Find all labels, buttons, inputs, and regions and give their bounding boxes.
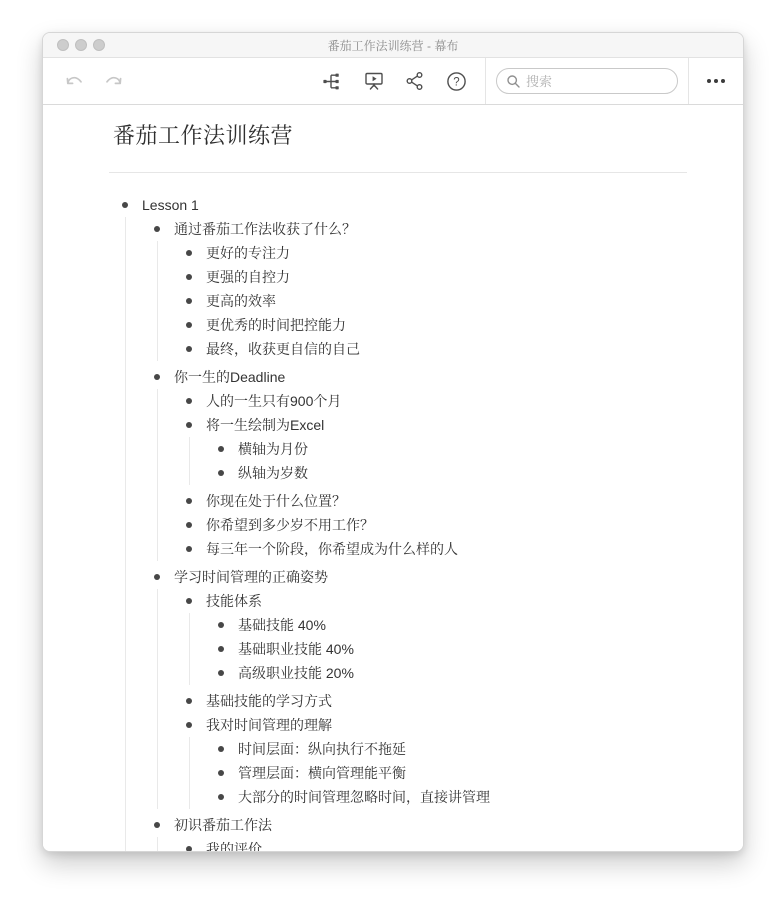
outline-node-text[interactable]: 基础职业技能 40% [238, 639, 354, 659]
outline-node-row[interactable]: 大部分的时间管理忽略时间，直接讲管理 [218, 785, 743, 809]
outline-node-text[interactable]: 管理层面：横向管理能平衡 [238, 763, 406, 783]
search-box[interactable] [496, 68, 678, 94]
outline-node-row[interactable]: 技能体系 [186, 589, 743, 613]
outline-children: 更好的专注力更强的自控力更高的效率更优秀的时间把控能力最终，收获更自信的自己 [157, 241, 744, 361]
outline-node-row[interactable]: 高级职业技能 20% [218, 661, 743, 685]
share-icon [405, 71, 425, 91]
outline-node-text[interactable]: 你现在处于什么位置？ [206, 491, 346, 511]
outline-node-row[interactable]: 更强的自控力 [186, 265, 743, 289]
bullet-icon[interactable] [186, 598, 206, 604]
bullet-icon[interactable] [186, 398, 206, 404]
bullet-icon[interactable] [218, 746, 238, 752]
outline-node-row[interactable]: 通过番茄工作法收获了什么？ [154, 217, 743, 241]
outline-node-text[interactable]: 纵轴为岁数 [238, 463, 308, 483]
outline-node-row[interactable]: 学习时间管理的正确姿势 [154, 565, 743, 589]
document-title[interactable]: 番茄工作法训练营 [113, 121, 743, 151]
outline-node: 通过番茄工作法收获了什么？更好的专注力更强的自控力更高的效率更优秀的时间把控能力… [154, 217, 743, 361]
outline-node-row[interactable]: 你希望到多少岁不用工作？ [186, 513, 743, 537]
presentation-button[interactable] [362, 69, 386, 93]
outline-node: 你希望到多少岁不用工作？ [186, 513, 743, 537]
outline-node: 更优秀的时间把控能力 [186, 313, 743, 337]
bullet-icon[interactable] [218, 770, 238, 776]
svg-text:?: ? [453, 76, 459, 88]
outline-node: 初识番茄工作法我的评价 [154, 813, 743, 851]
outline-node-text[interactable]: 你一生的Deadline [174, 367, 285, 387]
outline-node: 高级职业技能 20% [218, 661, 743, 685]
outline-node-text[interactable]: 人的一生只有900个月 [206, 391, 341, 411]
outline-node: 最终，收获更自信的自己 [186, 337, 743, 361]
outline-node: 管理层面：横向管理能平衡 [218, 761, 743, 785]
outline-node-text[interactable]: 横轴为月份 [238, 439, 308, 459]
outline-node-row[interactable]: Lesson 1 [122, 193, 743, 217]
outline-node: 学习时间管理的正确姿势技能体系基础技能 40%基础职业技能 40%高级职业技能 … [154, 565, 743, 809]
outline-node: 我对时间管理的理解时间层面：纵向执行不拖延管理层面：横向管理能平衡大部分的时间管… [186, 713, 743, 809]
outline-node-text[interactable]: 通过番茄工作法收获了什么？ [174, 219, 356, 239]
outline-node-row[interactable]: 更好的专注力 [186, 241, 743, 265]
outline-node-text[interactable]: 更强的自控力 [206, 267, 290, 287]
outline-node: 我的评价 [186, 837, 743, 851]
outline-node: 更高的效率 [186, 289, 743, 313]
bullet-icon[interactable] [186, 322, 206, 328]
outline-node: 纵轴为岁数 [218, 461, 743, 485]
mindmap-icon [322, 72, 344, 91]
minimize-icon[interactable] [75, 39, 87, 51]
outline-node-row[interactable]: 时间层面：纵向执行不拖延 [218, 737, 743, 761]
bullet-icon[interactable] [186, 546, 206, 552]
bullet-icon[interactable] [186, 498, 206, 504]
bullet-icon[interactable] [186, 846, 206, 851]
outline-node-row[interactable]: 基础技能的学习方式 [186, 689, 743, 713]
outline-node: 时间层面：纵向执行不拖延 [218, 737, 743, 761]
outline-node-text[interactable]: 你希望到多少岁不用工作？ [206, 515, 374, 535]
outline-node: 基础职业技能 40% [218, 637, 743, 661]
redo-button[interactable] [101, 69, 125, 93]
document-canvas[interactable]: 番茄工作法训练营 Lesson 1通过番茄工作法收获了什么？更好的专注力更强的自… [43, 105, 743, 851]
titlebar[interactable]: 番茄工作法训练营 - 幕布 [43, 33, 743, 58]
outline: Lesson 1通过番茄工作法收获了什么？更好的专注力更强的自控力更高的效率更优… [122, 193, 743, 851]
share-button[interactable] [403, 69, 427, 93]
outline-node: 将一生绘制为Excel横轴为月份纵轴为岁数 [186, 413, 743, 485]
bullet-icon[interactable] [154, 226, 174, 232]
outline-node-row[interactable]: 我的评价 [186, 837, 743, 851]
outline-node: 人的一生只有900个月 [186, 389, 743, 413]
outline-node: 更强的自控力 [186, 265, 743, 289]
outline-node-row[interactable]: 我对时间管理的理解 [186, 713, 743, 737]
outline-node-text[interactable]: 每三年一个阶段，你希望成为什么样的人 [206, 539, 458, 559]
outline-node-row[interactable]: 更高的效率 [186, 289, 743, 313]
mindmap-view-button[interactable] [321, 69, 345, 93]
outline-children: 基础技能 40%基础职业技能 40%高级职业技能 20% [189, 613, 744, 685]
outline-node: 基础技能的学习方式 [186, 689, 743, 713]
zoom-icon[interactable] [93, 39, 105, 51]
outline-node-row[interactable]: 你一生的Deadline [154, 365, 743, 389]
bullet-icon[interactable] [122, 202, 142, 208]
outline-node-row[interactable]: 基础技能 40% [218, 613, 743, 637]
more-menu-button[interactable] [703, 73, 729, 89]
bullet-icon[interactable] [186, 722, 206, 728]
outline-node-row[interactable]: 将一生绘制为Excel [186, 413, 743, 437]
outline-node-text[interactable]: 基础技能 40% [238, 615, 326, 635]
outline-node-row[interactable]: 管理层面：横向管理能平衡 [218, 761, 743, 785]
bullet-icon[interactable] [186, 346, 206, 352]
outline-children: 我的评价 [157, 837, 744, 851]
outline-node-row[interactable]: 初识番茄工作法 [154, 813, 743, 837]
bullet-icon[interactable] [218, 670, 238, 676]
outline-node-row[interactable]: 更优秀的时间把控能力 [186, 313, 743, 337]
outline-node-text[interactable]: 时间层面：纵向执行不拖延 [238, 739, 406, 759]
outline-node-text[interactable]: 技能体系 [206, 591, 262, 611]
ellipsis-menu-icon [707, 79, 711, 83]
outline-node: 更好的专注力 [186, 241, 743, 265]
traffic-lights [57, 39, 105, 51]
undo-icon [64, 72, 85, 90]
bullet-icon[interactable] [218, 622, 238, 628]
bullet-icon[interactable] [154, 374, 174, 380]
outline-children: 时间层面：纵向执行不拖延管理层面：横向管理能平衡大部分的时间管理忽略时间，直接讲… [189, 737, 744, 809]
title-divider [109, 172, 687, 173]
window-title: 番茄工作法训练营 - 幕布 [43, 37, 743, 54]
outline-children: 横轴为月份纵轴为岁数 [189, 437, 744, 485]
outline-node-row[interactable]: 基础职业技能 40% [218, 637, 743, 661]
outline-node-row[interactable]: 最终，收获更自信的自己 [186, 337, 743, 361]
toolbar: ? [43, 58, 743, 105]
outline-node-text[interactable]: 我的评价 [206, 839, 262, 851]
outline-children: 通过番茄工作法收获了什么？更好的专注力更强的自控力更高的效率更优秀的时间把控能力… [125, 217, 744, 851]
outline-node: 技能体系基础技能 40%基础职业技能 40%高级职业技能 20% [186, 589, 743, 685]
close-icon[interactable] [57, 39, 69, 51]
outline-node: 你现在处于什么位置？ [186, 489, 743, 513]
outline-node-row[interactable]: 每三年一个阶段，你希望成为什么样的人 [186, 537, 743, 561]
outline-node-text[interactable]: 学习时间管理的正确姿势 [174, 567, 328, 587]
bullet-icon[interactable] [186, 250, 206, 256]
screen: 番茄工作法训练营 - 幕布 [0, 0, 784, 899]
outline-node-text[interactable]: 高级职业技能 20% [238, 663, 354, 683]
outline-children: 技能体系基础技能 40%基础职业技能 40%高级职业技能 20%基础技能的学习方… [157, 589, 744, 809]
search-icon [506, 74, 521, 89]
bullet-icon[interactable] [218, 446, 238, 452]
undo-button[interactable] [62, 69, 86, 93]
bullet-icon[interactable] [218, 646, 238, 652]
bullet-icon[interactable] [186, 522, 206, 528]
outline-node-row[interactable]: 横轴为月份 [218, 437, 743, 461]
outline-node-text[interactable]: 大部分的时间管理忽略时间，直接讲管理 [238, 787, 490, 807]
outline-node: Lesson 1通过番茄工作法收获了什么？更好的专注力更强的自控力更高的效率更优… [122, 193, 743, 851]
outline-node-row[interactable]: 纵轴为岁数 [218, 461, 743, 485]
outline-node: 你一生的Deadline人的一生只有900个月将一生绘制为Excel横轴为月份纵… [154, 365, 743, 561]
outline-node-row[interactable]: 你现在处于什么位置？ [186, 489, 743, 513]
outline-node-text[interactable]: 更好的专注力 [206, 243, 290, 263]
outline-node-text[interactable]: 更高的效率 [206, 291, 276, 311]
outline-node-text[interactable]: 最终，收获更自信的自己 [206, 339, 360, 359]
outline-node-text[interactable]: 更优秀的时间把控能力 [206, 315, 346, 335]
outline-node-text[interactable]: Lesson 1 [142, 197, 199, 213]
outline-node-text[interactable]: 将一生绘制为Excel [206, 415, 324, 435]
redo-icon [103, 72, 124, 90]
bullet-icon[interactable] [218, 470, 238, 476]
help-icon: ? [446, 71, 467, 92]
bullet-icon[interactable] [154, 822, 174, 828]
mubu-app-window: 番茄工作法训练营 - 幕布 [42, 32, 744, 852]
bullet-icon[interactable] [186, 422, 206, 428]
outline-node-text[interactable]: 初识番茄工作法 [174, 815, 272, 835]
presentation-icon [363, 71, 385, 91]
bullet-icon[interactable] [218, 794, 238, 800]
outline-node: 大部分的时间管理忽略时间，直接讲管理 [218, 785, 743, 809]
bullet-icon[interactable] [186, 274, 206, 280]
outline-node-row[interactable]: 人的一生只有900个月 [186, 389, 743, 413]
outline-children: 人的一生只有900个月将一生绘制为Excel横轴为月份纵轴为岁数你现在处于什么位… [157, 389, 744, 561]
help-button[interactable]: ? [444, 69, 468, 93]
bullet-icon[interactable] [186, 298, 206, 304]
outline-node-text[interactable]: 基础技能的学习方式 [206, 691, 332, 711]
outline-node: 横轴为月份 [218, 437, 743, 461]
search-input[interactable] [526, 74, 666, 89]
outline-node-text[interactable]: 我对时间管理的理解 [206, 715, 332, 735]
bullet-icon[interactable] [186, 698, 206, 704]
outline-node: 每三年一个阶段，你希望成为什么样的人 [186, 537, 743, 561]
outline-node: 基础技能 40% [218, 613, 743, 637]
bullet-icon[interactable] [154, 574, 174, 580]
